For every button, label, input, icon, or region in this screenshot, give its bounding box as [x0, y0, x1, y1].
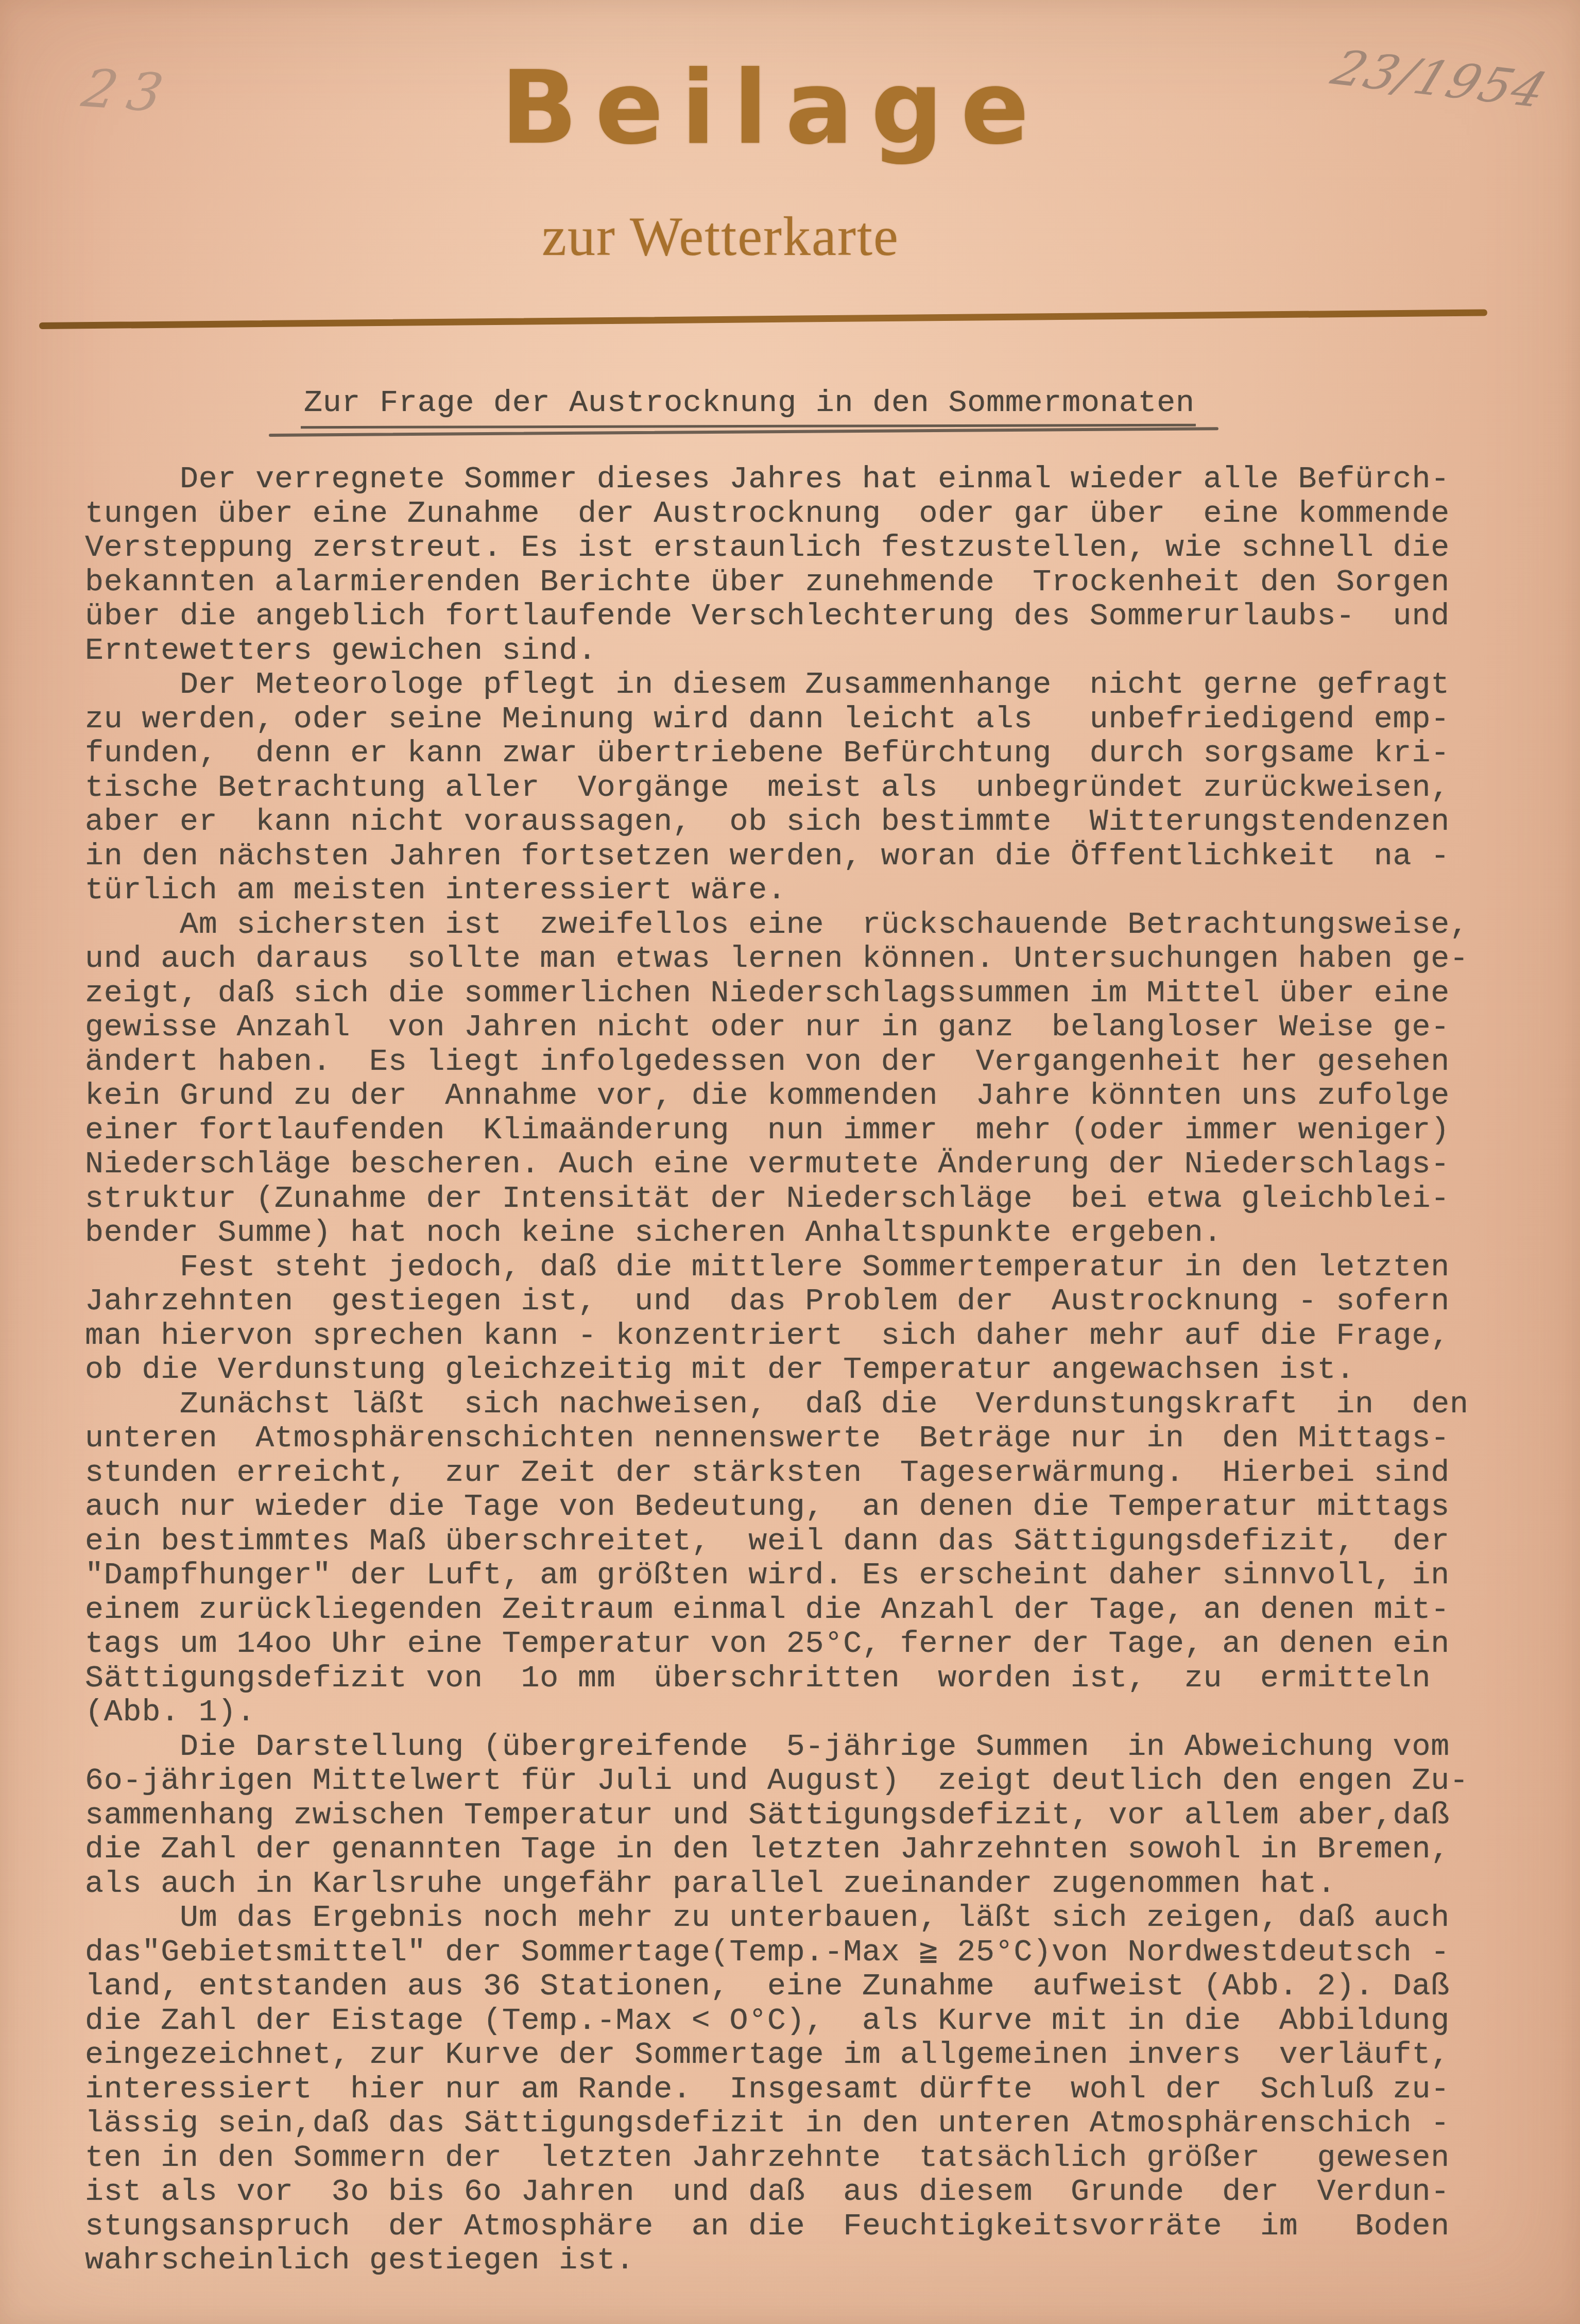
handwritten-page-number: 23 — [77, 58, 179, 125]
handwritten-issue-number: 23/1954 — [1325, 41, 1555, 119]
masthead-subtitle: zur Wetterkarte — [542, 209, 899, 265]
scanned-page: 23 23/1954 Beilage zur Wetterkarte Zur F… — [0, 0, 1580, 2324]
paragraph: Der verregnete Sommer dieses Jahres hat … — [85, 463, 1469, 668]
paragraph: Fest steht jedoch, daß die mittlere Somm… — [85, 1251, 1469, 1388]
masthead-title: Beilage — [501, 58, 1046, 159]
paragraph: Am sichersten ist zweifellos eine rücksc… — [85, 908, 1469, 1251]
masthead-rule — [39, 309, 1487, 329]
article-body: Der verregnete Sommer dieses Jahres hat … — [85, 463, 1469, 2278]
heading-underline — [269, 427, 1218, 437]
paragraph: Der Meteorologe pflegt in diesem Zusamme… — [85, 668, 1469, 908]
paragraph: Zunächst läßt sich nachweisen, daß die V… — [85, 1388, 1469, 1730]
article-heading: Zur Frage der Austrocknung in den Sommer… — [304, 386, 1195, 420]
paragraph: Die Darstellung (übergreifende 5-jährige… — [85, 1730, 1469, 1902]
paragraph: Um das Ergebnis noch mehr zu unterbauen,… — [85, 1901, 1469, 2278]
